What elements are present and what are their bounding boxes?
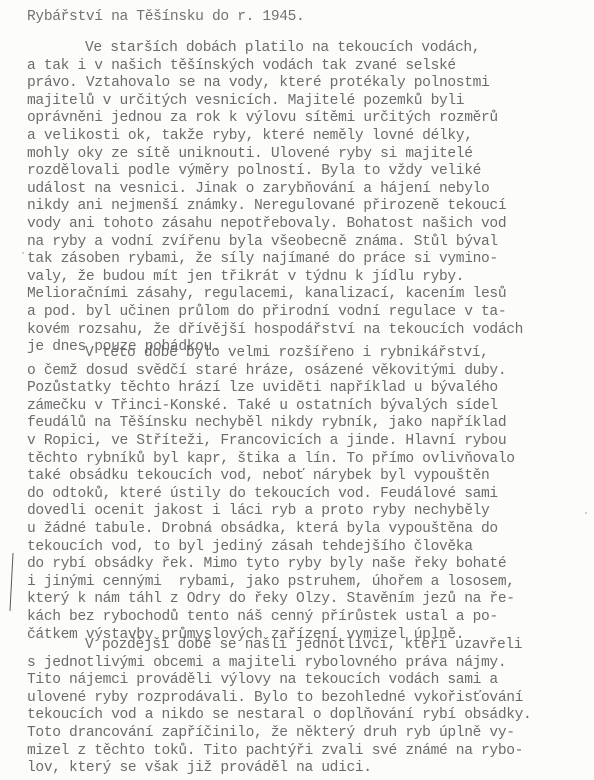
text-line: také obsádku tekoucích vod, neboť nárybe… bbox=[27, 468, 515, 486]
text-line: valy, že budou mít jen třikrát v týdnu k… bbox=[27, 269, 523, 287]
text-line: právo. Vztahovalo se na vody, které prot… bbox=[27, 75, 523, 93]
paragraph-2: V této době bylo velmi rozšířeno i rybni… bbox=[27, 345, 515, 644]
text-line: tekoucích vod a nikdo se nestaral o dopl… bbox=[27, 707, 531, 725]
text-line: zámečku v Třinci-Konské. Také u ostatníc… bbox=[27, 398, 515, 416]
text-line: a velikosti ok, takže ryby, které neměly… bbox=[27, 128, 523, 146]
typewritten-page: Rybářství na Těšínsku do r. 1945. Ve sta… bbox=[0, 0, 594, 780]
document-title: Rybářství na Těšínsku do r. 1945. bbox=[27, 9, 304, 25]
text-line: V pozdější době se našli jednotlivci, kt… bbox=[27, 637, 531, 655]
text-line: tekoucích vod, to byl jediný zásah tehde… bbox=[27, 539, 515, 557]
text-line: Toto drancování zapříčinilo, že některý … bbox=[27, 725, 531, 743]
text-line: Melioračními zásahy, regulacemi, kanaliz… bbox=[27, 286, 523, 304]
text-line: mohly oky ze sítě uniknouti. Ulovené ryb… bbox=[27, 146, 523, 164]
text-line: do odtoků, které ústily do tekoucích vod… bbox=[27, 486, 515, 504]
paragraph-1: Ve starších dobách platilo na tekoucích … bbox=[27, 40, 523, 357]
text-line: lov, který se však již prováděl na udici… bbox=[27, 760, 531, 778]
text-line: s jednotlivými obcemi a majiteli rybolov… bbox=[27, 655, 531, 673]
text-line: kovém rozsahu, že dřívější hospodářství … bbox=[27, 322, 523, 340]
text-line: majitelů v určitých vesnicích. Majitelé … bbox=[27, 93, 523, 111]
text-line: kách bez rybochodů tento náš cenný přírů… bbox=[27, 609, 515, 627]
text-line: na ryby a vodní zvířenu byla všeobecně z… bbox=[27, 234, 523, 252]
text-line: V této době bylo velmi rozšířeno i rybni… bbox=[27, 345, 515, 363]
margin-pen-mark bbox=[9, 553, 13, 611]
text-line: a pod. byl učinen průlom do přirodní vod… bbox=[27, 304, 523, 322]
text-line: do rybí obsádky řek. Mimo tyto ryby byly… bbox=[27, 556, 515, 574]
text-line: u žádné tabule. Drobná obsádka, která by… bbox=[27, 521, 515, 539]
text-line: nikdy ani nejmenší známky. Neregulované … bbox=[27, 198, 523, 216]
text-line: tak zásoben rybami, že síly najímané do … bbox=[27, 251, 523, 269]
text-line: vody ani tohoto zásahu nepotřebovaly. Bo… bbox=[27, 216, 523, 234]
text-line: i jinými cennými rybami, jako pstruhem, … bbox=[27, 574, 515, 592]
text-line: v Ropici, ve Stříteži, Francovicích a ji… bbox=[27, 433, 515, 451]
text-line: ulovené ryby rozprodávali. Bylo to bezoh… bbox=[27, 690, 531, 708]
text-line: Tito nájemci prováděli výlovy na tekoucí… bbox=[27, 672, 531, 690]
paper-speck bbox=[585, 512, 587, 514]
text-line: rozdělovali podle výměry polností. Byla … bbox=[27, 163, 523, 181]
text-line: událost na vesnici. Jinak o zarybňování … bbox=[27, 181, 523, 199]
text-line: feudálů na Těšínsku nechyběl nikdy rybní… bbox=[27, 415, 515, 433]
text-line: těchto rybníků byl kapr, štika a lín. To… bbox=[27, 451, 515, 469]
text-line: Pozůstatky těchto hrází lze uviděti např… bbox=[27, 380, 515, 398]
text-line: o čemž dosud svědčí staré hráze, osázené… bbox=[27, 363, 515, 381]
text-line: oprávněni jednou za rok k výlovu sítěmi … bbox=[27, 110, 523, 128]
text-line: mizel z těchto toků. Tito pachtýři zvali… bbox=[27, 743, 531, 761]
text-line: a tak i v našich těšínských vodách tak z… bbox=[27, 58, 523, 76]
text-line: dovedli ocenit jakost i láci ryb a proto… bbox=[27, 503, 515, 521]
paper-speck bbox=[22, 252, 24, 254]
text-line: který k nám táhl z Odry do řeky Olzy. St… bbox=[27, 591, 515, 609]
text-line: Ve starších dobách platilo na tekoucích … bbox=[27, 40, 523, 58]
paragraph-3: V pozdější době se našli jednotlivci, kt… bbox=[27, 637, 531, 778]
